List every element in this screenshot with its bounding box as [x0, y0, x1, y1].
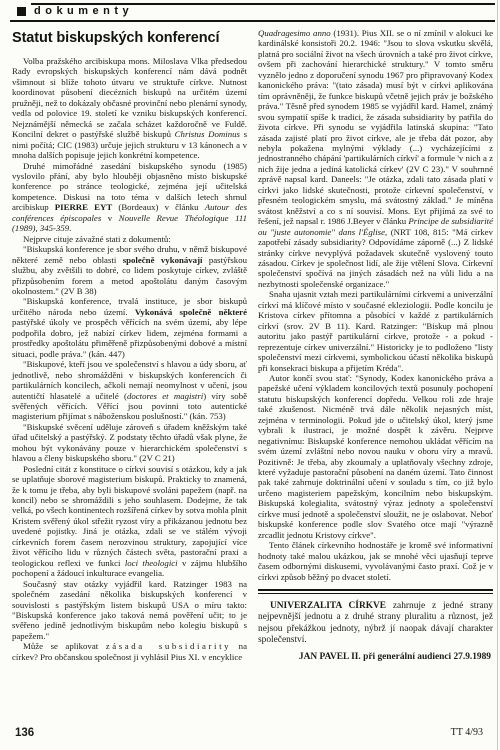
text-run: .	[69, 223, 71, 233]
left-paragraphs: Volba pražského arcibiskupa mons. Milosl…	[12, 56, 247, 662]
text-run: (1931). Pius XII. se o ní zmínil v aloku…	[258, 28, 493, 226]
left-column: Statut biskupských konferencí Volba praž…	[12, 27, 247, 662]
right-paragraphs: Quadragesimo anno (1931). Pius XII. se o…	[258, 28, 493, 582]
text-run: Může se aplikovat	[23, 641, 106, 651]
text-run: loci theologici	[125, 558, 178, 568]
paragraph: Snaha ujasnit vztah mezi partikulárními …	[258, 289, 493, 373]
text-run: PIERRE EYT	[55, 202, 112, 212]
pullquote: UNIVERZALITA CÍRKVE zahrnuje z jedné str…	[258, 601, 493, 647]
right-column: Quadragesimo anno (1931). Pius XII. se o…	[258, 27, 493, 662]
header-rule	[10, 20, 495, 22]
text-run: Současný stav otázky vyjádřil kard. Ratz…	[12, 579, 247, 641]
issue-label: TT 4/93	[451, 727, 483, 738]
text-run: UNIVERZALITA CÍRKVE	[270, 601, 386, 611]
scan-edge-artifact	[497, 0, 498, 750]
text-run: Volba pražského arcibiskupa mons. Milosl…	[12, 56, 247, 139]
paragraph: "Biskupská konference je sbor svého druh…	[12, 244, 247, 296]
paragraph: "Biskupské svěcení uděluje zároveň s úřa…	[12, 422, 247, 464]
text-run: pastýřské úkoly ve prospěch věřících na …	[12, 317, 247, 358]
section-label: dokumenty	[34, 6, 133, 17]
text-run: Autor končí svou stať: "Synody, Kodex ka…	[258, 373, 493, 540]
text-run: "Biskupské svěcení uděluje zároveň s úřa…	[12, 422, 247, 463]
paragraph: Druhé mimořádné zasedání biskupského syn…	[12, 161, 247, 234]
pullquote-attribution: JAN PAVEL II. při generální audienci 27.…	[258, 652, 491, 662]
text-run: Snaha ujasnit vztah mezi partikulárními …	[258, 289, 493, 372]
text-run: Poslední citát z konstituce o církvi sou…	[12, 464, 247, 568]
pullquote-divider	[258, 589, 493, 594]
article-title: Statut biskupských konferencí	[12, 31, 247, 46]
text-run: zásada subsidiarity	[106, 641, 231, 651]
text-run: Nejprve cituje závažné stati z dokumentů…	[23, 234, 171, 244]
text-run: Christus Dominus	[175, 129, 240, 139]
text-run: doctores et magistri	[127, 391, 203, 401]
page-number: 136	[15, 727, 34, 739]
paragraph: Nejprve cituje závažné stati z dokumentů…	[12, 234, 247, 244]
paragraph: Poslední citát z konstituce o církvi sou…	[12, 464, 247, 579]
paragraph: Quadragesimo anno (1931). Pius XII. se o…	[258, 28, 493, 289]
text-run: Quadragesimo anno	[258, 28, 331, 38]
paragraph: Autor končí svou stať: "Synody, Kodex ka…	[258, 373, 493, 540]
scanned-document-page: dokumenty Statut biskupských konferencí …	[0, 0, 500, 750]
paragraph: Může se aplikovat zásada subsidiarity na…	[12, 641, 247, 662]
paragraph: Volba pražského arcibiskupa mons. Milosl…	[12, 56, 247, 161]
text-run: Vykonává společně některé	[135, 307, 247, 317]
paragraph: Tento článek církevního hodnostáře je kr…	[258, 540, 493, 582]
paragraph: "Biskupská konference, trvalá instituce,…	[12, 296, 247, 359]
text-run: společně vykonávají	[123, 255, 203, 265]
text-run: v	[101, 213, 118, 223]
section-header: dokumenty	[17, 6, 133, 17]
paragraph: "Biskupové, kteří jsou ve společenství s…	[12, 359, 247, 422]
article-body: Statut biskupských konferencí Volba praž…	[12, 27, 493, 662]
paragraph: Současný stav otázky vyjádřil kard. Ratz…	[12, 579, 247, 642]
text-run: (Bordeaux) v článku	[112, 202, 204, 212]
section-bullet-icon	[17, 7, 26, 16]
text-run: Tento článek církevního hodnostáře je kr…	[258, 540, 493, 581]
